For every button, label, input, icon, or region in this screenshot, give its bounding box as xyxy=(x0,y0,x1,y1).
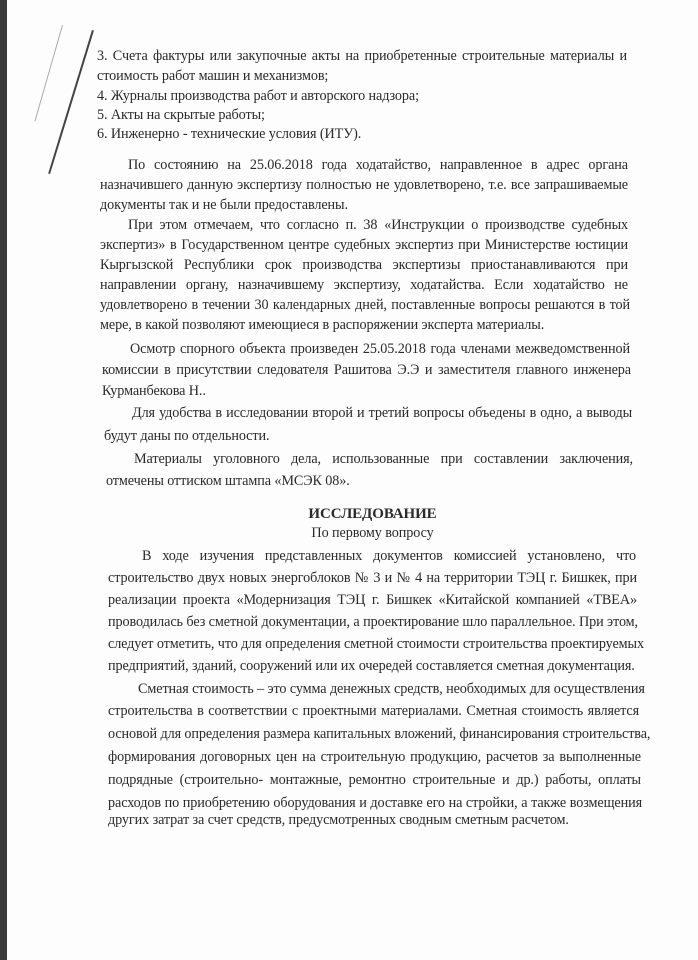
document-page-lower xyxy=(0,0,698,960)
